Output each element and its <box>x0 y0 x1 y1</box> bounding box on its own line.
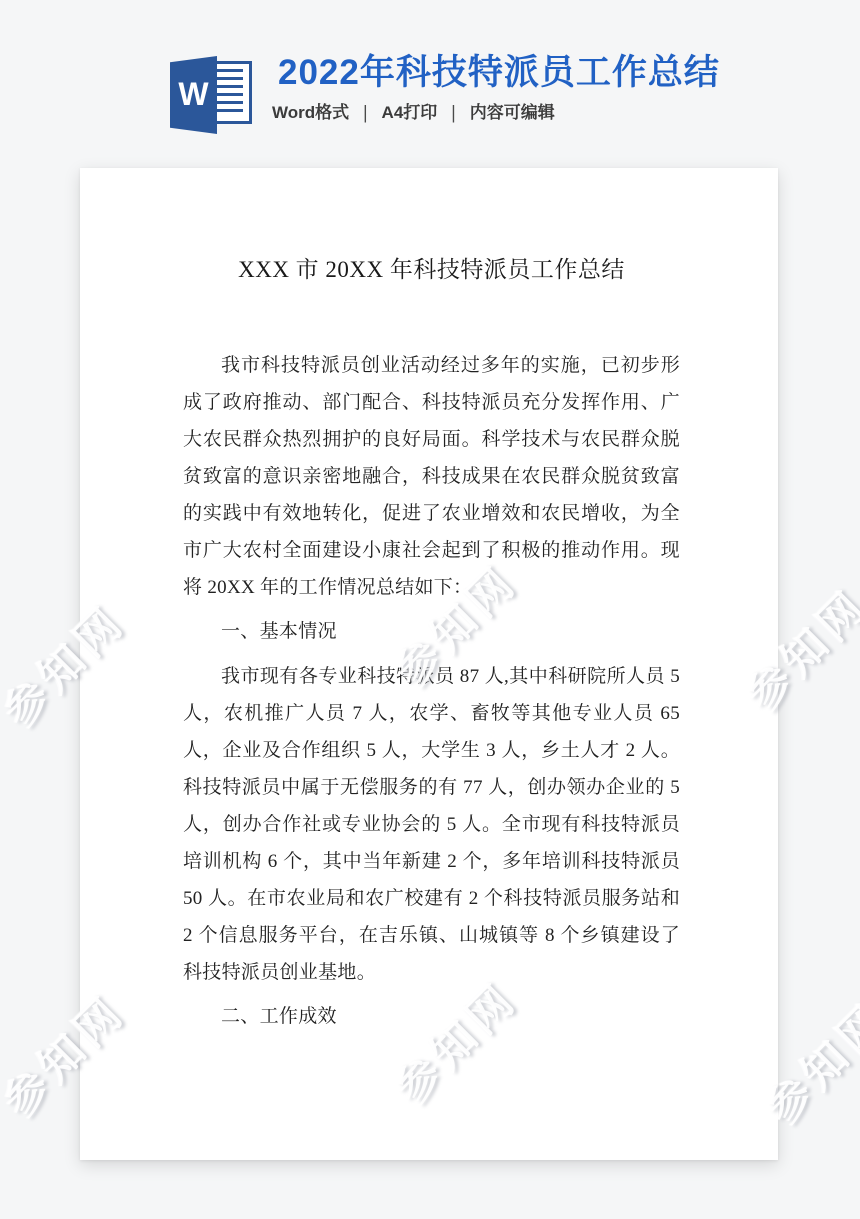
document-body: 我市科技特派员创业活动经过多年的实施，已初步形成了政府推动、部门配合、科技特派员… <box>183 347 680 1035</box>
meta-separator: | <box>451 101 455 125</box>
meta-word-format: Word格式 <box>272 102 349 124</box>
section-heading-1: 一、基本情况 <box>183 613 680 650</box>
word-icon: W <box>170 56 254 134</box>
word-icon-sheet-lines <box>214 69 243 116</box>
meta-separator: | <box>363 101 367 125</box>
document-link-title[interactable]: 2022年科技特派员工作总结 <box>278 52 720 94</box>
word-icon-letter: W <box>178 78 208 112</box>
document-page: XXX 市 20XX 年科技特派员工作总结 我市科技特派员创业活动经过多年的实施… <box>80 168 778 1160</box>
page-background: W 2022年科技特派员工作总结 Word格式 | A4打印 | 内容可编辑 X… <box>0 0 860 1219</box>
word-icon-panel: W <box>170 56 217 134</box>
paragraph-intro: 我市科技特派员创业活动经过多年的实施，已初步形成了政府推动、部门配合、科技特派员… <box>183 347 680 606</box>
paragraph-basic-situation: 我市现有各专业科技特派员 87 人,其中科研院所人员 5 人，农机推广人员 7 … <box>183 658 680 991</box>
section-heading-2: 二、工作成效 <box>183 998 680 1035</box>
meta-a4-print: A4打印 <box>382 102 438 124</box>
file-format-meta: Word格式 | A4打印 | 内容可编辑 <box>272 102 555 124</box>
meta-editable: 内容可编辑 <box>470 102 555 124</box>
document-title: XXX 市 20XX 年科技特派员工作总结 <box>183 253 680 287</box>
